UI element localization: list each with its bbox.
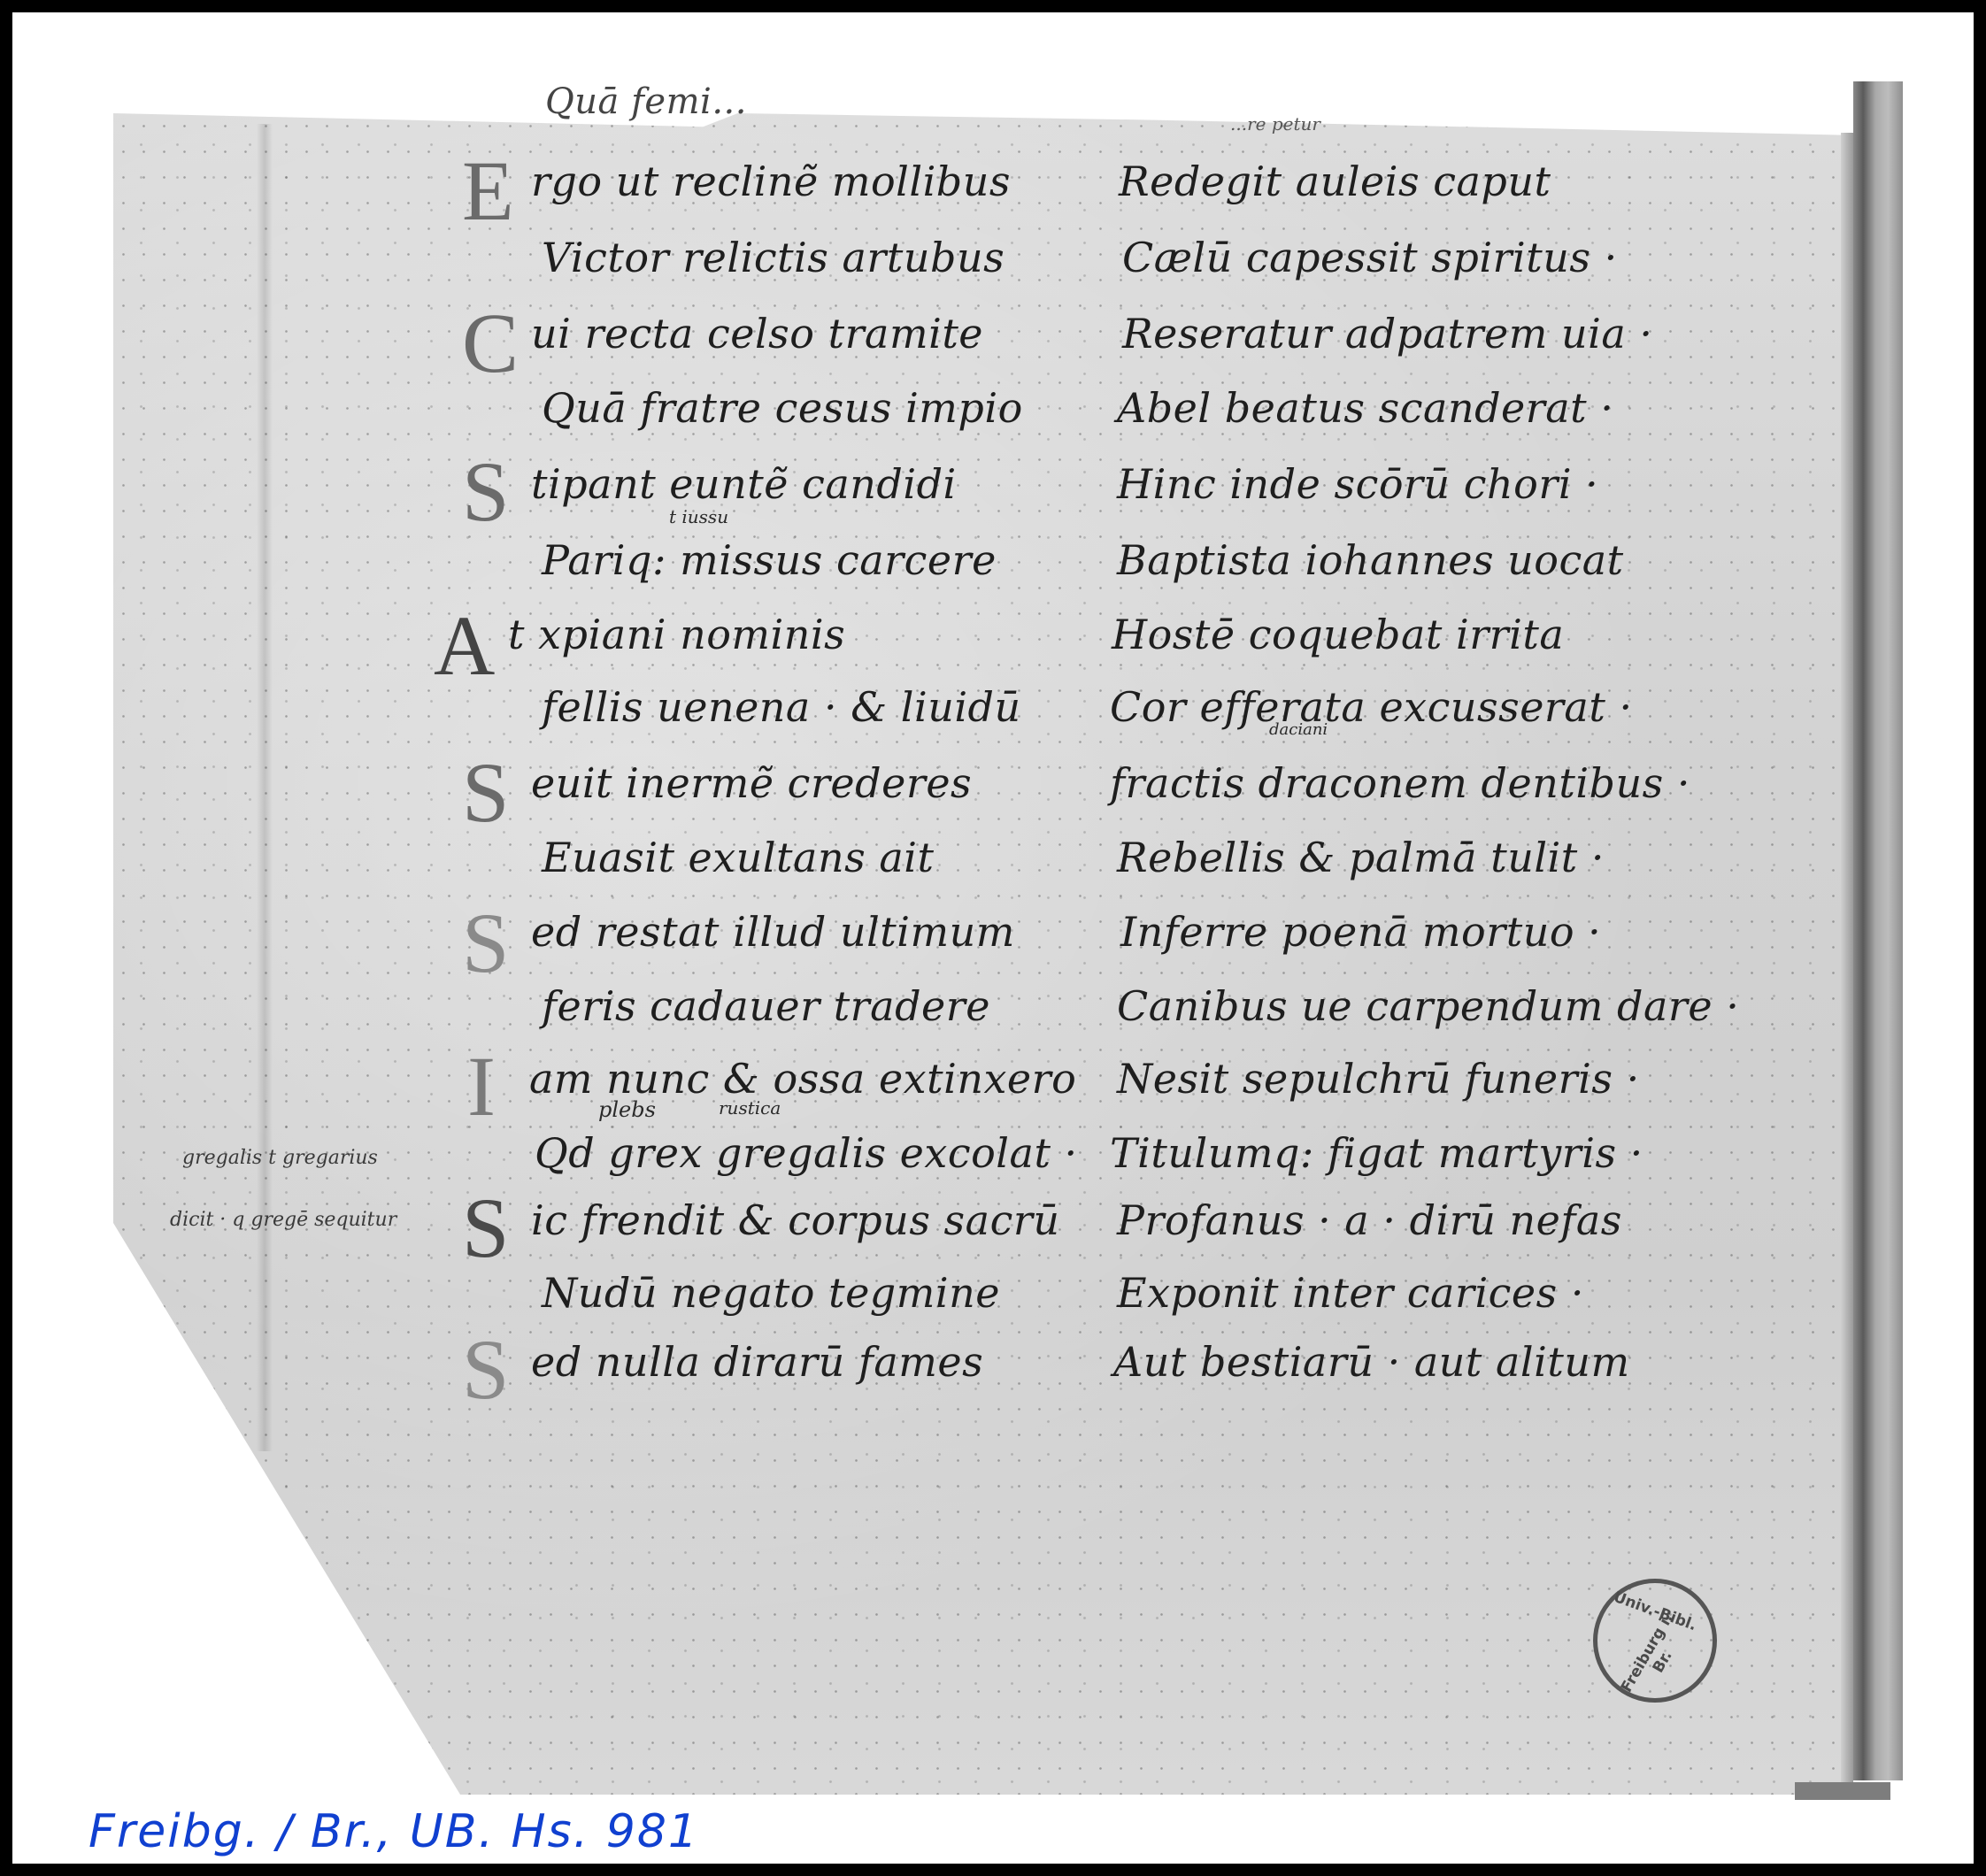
cutoff-line-right: ...re petur [1230, 113, 1320, 135]
library-stamp: Univ.-Bibl. Freiburg i. Br. [1593, 1579, 1717, 1703]
verse-line-left: Victor relictis artubus [542, 234, 1005, 281]
initial-letter: A [434, 604, 495, 688]
verse-line-right: Canibus ue carpendum dare · [1117, 982, 1739, 1030]
verse-line-right: Cælū capessit spiritus · [1122, 234, 1618, 281]
verse-line-right: Inferre poenā mortuo · [1120, 908, 1601, 956]
verse-line-left: Quā fratre cesus impio [542, 384, 1023, 432]
verse-line-right: Rebellis & palmā tulit · [1117, 834, 1605, 881]
interlinear-gloss: daciani [1269, 720, 1328, 739]
verse-line-left: tipant euntẽ candidi [531, 460, 957, 508]
verse-line-right: Reseratur adpatrem uia · [1122, 310, 1653, 358]
verse-line-right: Redegit auleis caput [1119, 158, 1551, 205]
verse-line-right: fractis draconem dentibus · [1110, 759, 1690, 807]
initial-letter: E [462, 149, 514, 234]
interlinear-gloss: rustica [719, 1097, 781, 1119]
cutoff-line-left: Quā femi... [545, 81, 747, 122]
shelfmark-annotation: Freibg. / Br., UB. Hs. 981 [89, 1805, 699, 1858]
verse-line-right: Profanus · a · dirū nefas [1117, 1196, 1622, 1244]
verse-line-right: Cor efferata excusserat · [1110, 683, 1633, 731]
verse-line-left: t xpiani nominis [508, 611, 845, 658]
initial-letter: S [462, 901, 509, 986]
verse-line-left: am nunc & ossa extinxero [529, 1055, 1076, 1103]
verse-line-right: Abel beatus scanderat · [1117, 384, 1613, 432]
verse-line-left: ic frendit & corpus sacrū [531, 1196, 1059, 1244]
initial-letter: S [462, 1327, 509, 1412]
margin-note: gregalis t gregarius [182, 1147, 378, 1169]
verse-line-right: Titulumq: figat martyris · [1110, 1129, 1643, 1177]
verse-line-left: fellis uenena · & liuidū [542, 683, 1021, 731]
verse-line-left: ui recta celso tramite [531, 310, 983, 358]
initial-letter: S [462, 750, 509, 835]
verse-line-right: Aut bestiarū · aut alitum [1113, 1338, 1630, 1386]
verse-line-left: Qd grex gregalis excolat · [535, 1129, 1078, 1177]
verse-line-left: Nudū negato tegmine [542, 1269, 1000, 1317]
verse-line-right: Hostē coquebat irrita [1112, 611, 1564, 658]
initial-letter: S [462, 1186, 509, 1271]
verse-line-left: ed nulla dirarū fames [531, 1338, 983, 1386]
initial-letter: C [462, 301, 519, 386]
interlinear-gloss: plebs [598, 1097, 656, 1122]
verse-line-left: euit inermẽ crederes [531, 759, 972, 807]
initial-letter: I [467, 1044, 496, 1129]
verse-line-left: Euasit exultans ait [542, 834, 934, 881]
verse-line-left: Pariq: missus carcere [542, 536, 997, 584]
verse-line-right: Hinc inde scōrū chori · [1117, 460, 1598, 508]
initial-letter: S [462, 450, 509, 534]
verse-line-right: Baptista iohannes uocat [1117, 536, 1624, 584]
interlinear-gloss: t iussu [669, 506, 728, 527]
verse-line-left: ed restat illud ultimum [531, 908, 1015, 956]
verse-line-left: feris cadauer tradere [542, 982, 990, 1030]
verse-line-left: rgo ut reclinẽ mollibus [531, 158, 1011, 205]
verse-line-right: Exponit inter carices · [1117, 1269, 1584, 1317]
margin-note: dicit · q gregē sequitur [170, 1209, 396, 1231]
verse-line-right: Nesit sepulchrū funeris · [1117, 1055, 1640, 1103]
